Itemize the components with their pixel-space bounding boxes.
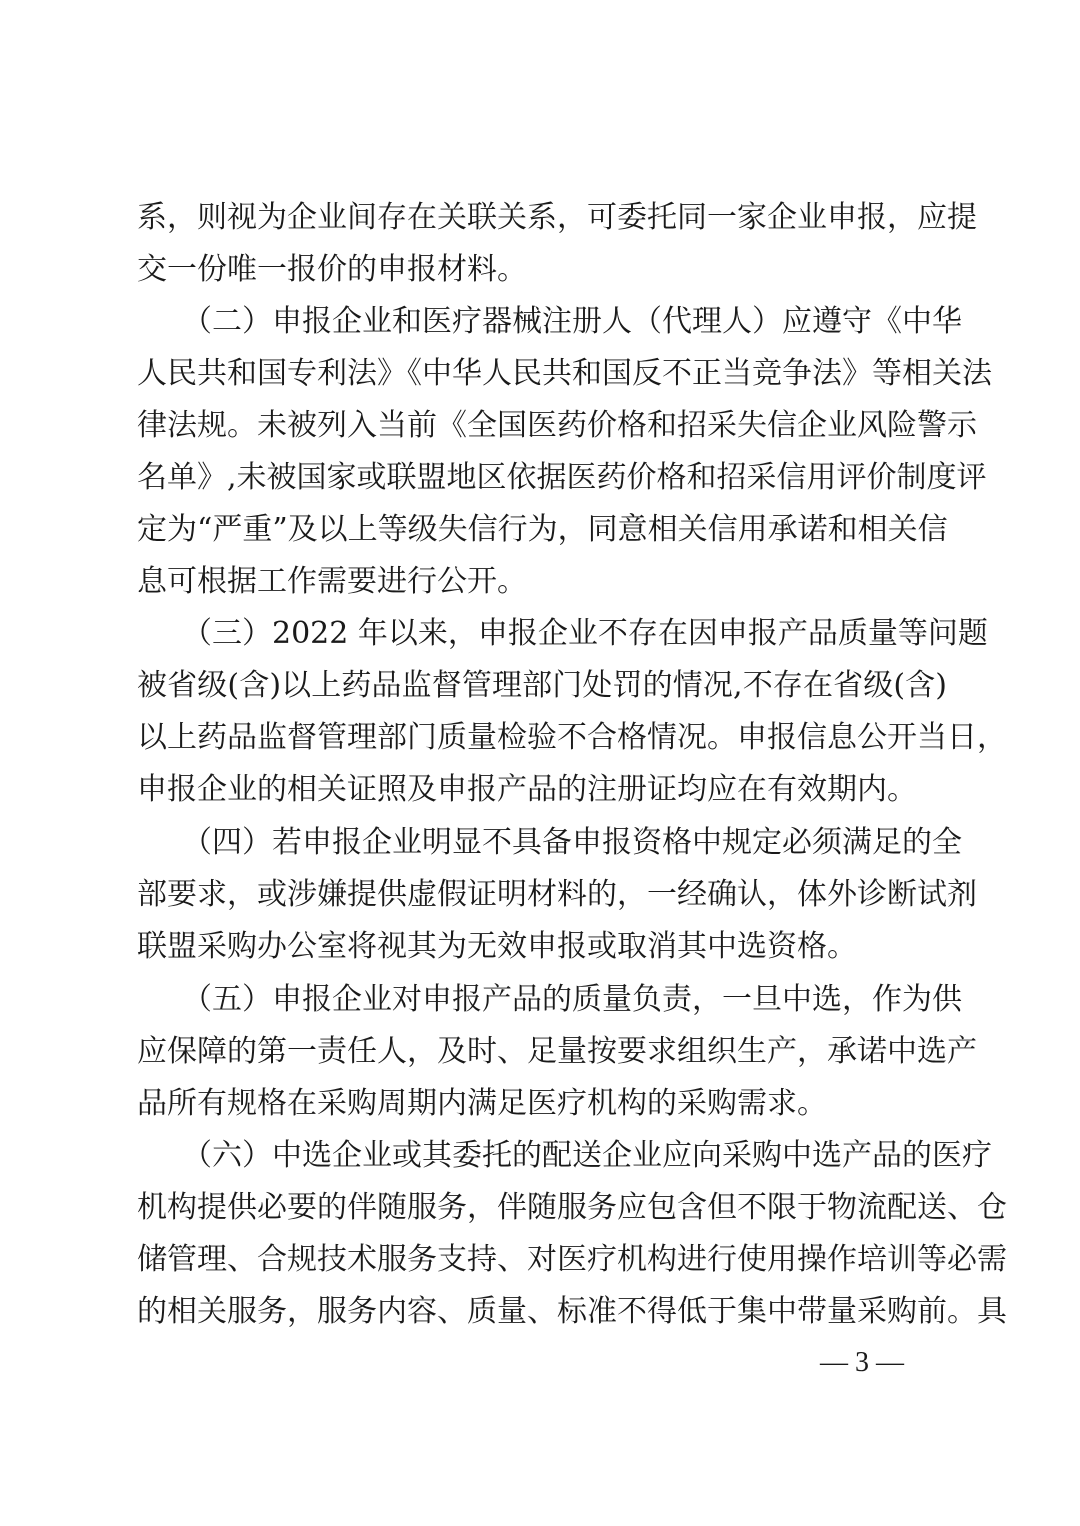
paragraph-6-line-2: 机构提供必要的伴随服务，伴随服务应包含但不限于物流配送、仓 bbox=[137, 1182, 947, 1234]
page-number: — 3 — bbox=[820, 1345, 904, 1381]
paragraph-2-line-2: 人民共和国专利法》《中华人民共和国反不正当竞争法》等相关法 bbox=[137, 348, 947, 400]
paragraph-3-line-2: 被省级(含)以上药品监督管理部门处罚的情况,不存在省级(含) bbox=[137, 660, 947, 712]
paragraph-5-line-1: （五）申报企业对申报产品的质量负责，一旦中选，作为供 bbox=[137, 974, 947, 1026]
paragraph-6-line-1: （六）中选企业或其委托的配送企业应向采购中选产品的医疗 bbox=[137, 1130, 947, 1182]
paragraph-4-line-3: 联盟采购办公室将视其为无效申报或取消其中选资格。 bbox=[137, 921, 947, 973]
paragraph-6-line-3: 储管理、合规技术服务支持、对医疗机构进行使用操作培训等必需 bbox=[137, 1234, 947, 1286]
paragraph-3-line-1: （三）2022 年以来，申报企业不存在因申报产品质量等问题 bbox=[137, 608, 947, 660]
paragraph-3-line-3: 以上药品监督管理部门质量检验不合格情况。申报信息公开当日， bbox=[137, 712, 947, 764]
paragraph-4-line-2: 部要求，或涉嫌提供虚假证明材料的，一经确认，体外诊断试剂 bbox=[137, 869, 947, 921]
paragraph-6-line-4: 的相关服务，服务内容、质量、标准不得低于集中带量采购前。具 bbox=[137, 1286, 947, 1338]
paragraph-2-line-4: 名单》,未被国家或联盟地区依据医药价格和招采信用评价制度评 bbox=[137, 452, 947, 504]
paragraph-2-line-5: 定为“严重”及以上等级失信行为，同意相关信用承诺和相关信 bbox=[137, 504, 947, 556]
paragraph-5-line-3: 品所有规格在采购周期内满足医疗机构的采购需求。 bbox=[137, 1078, 947, 1130]
paragraph-5-line-2: 应保障的第一责任人，及时、足量按要求组织生产，承诺中选产 bbox=[137, 1026, 947, 1078]
paragraph-2-line-6: 息可根据工作需要进行公开。 bbox=[137, 556, 947, 608]
paragraph-3-line-4: 申报企业的相关证照及申报产品的注册证均应在有效期内。 bbox=[137, 764, 947, 816]
text-line-2: 交一份唯一报价的申报材料。 bbox=[137, 244, 947, 296]
paragraph-4-line-1: （四）若申报企业明显不具备申报资格中规定必须满足的全 bbox=[137, 817, 947, 869]
text-line-1: 系，则视为企业间存在关联关系，可委托同一家企业申报，应提 bbox=[137, 192, 947, 244]
document-page: 系，则视为企业间存在关联关系，可委托同一家企业申报，应提 交一份唯一报价的申报材… bbox=[0, 0, 1080, 1526]
paragraph-2-line-3: 律法规。未被列入当前《全国医药价格和招采失信企业风险警示 bbox=[137, 400, 947, 452]
paragraph-2-line-1: （二）申报企业和医疗器械注册人（代理人）应遵守《中华 bbox=[137, 296, 947, 348]
